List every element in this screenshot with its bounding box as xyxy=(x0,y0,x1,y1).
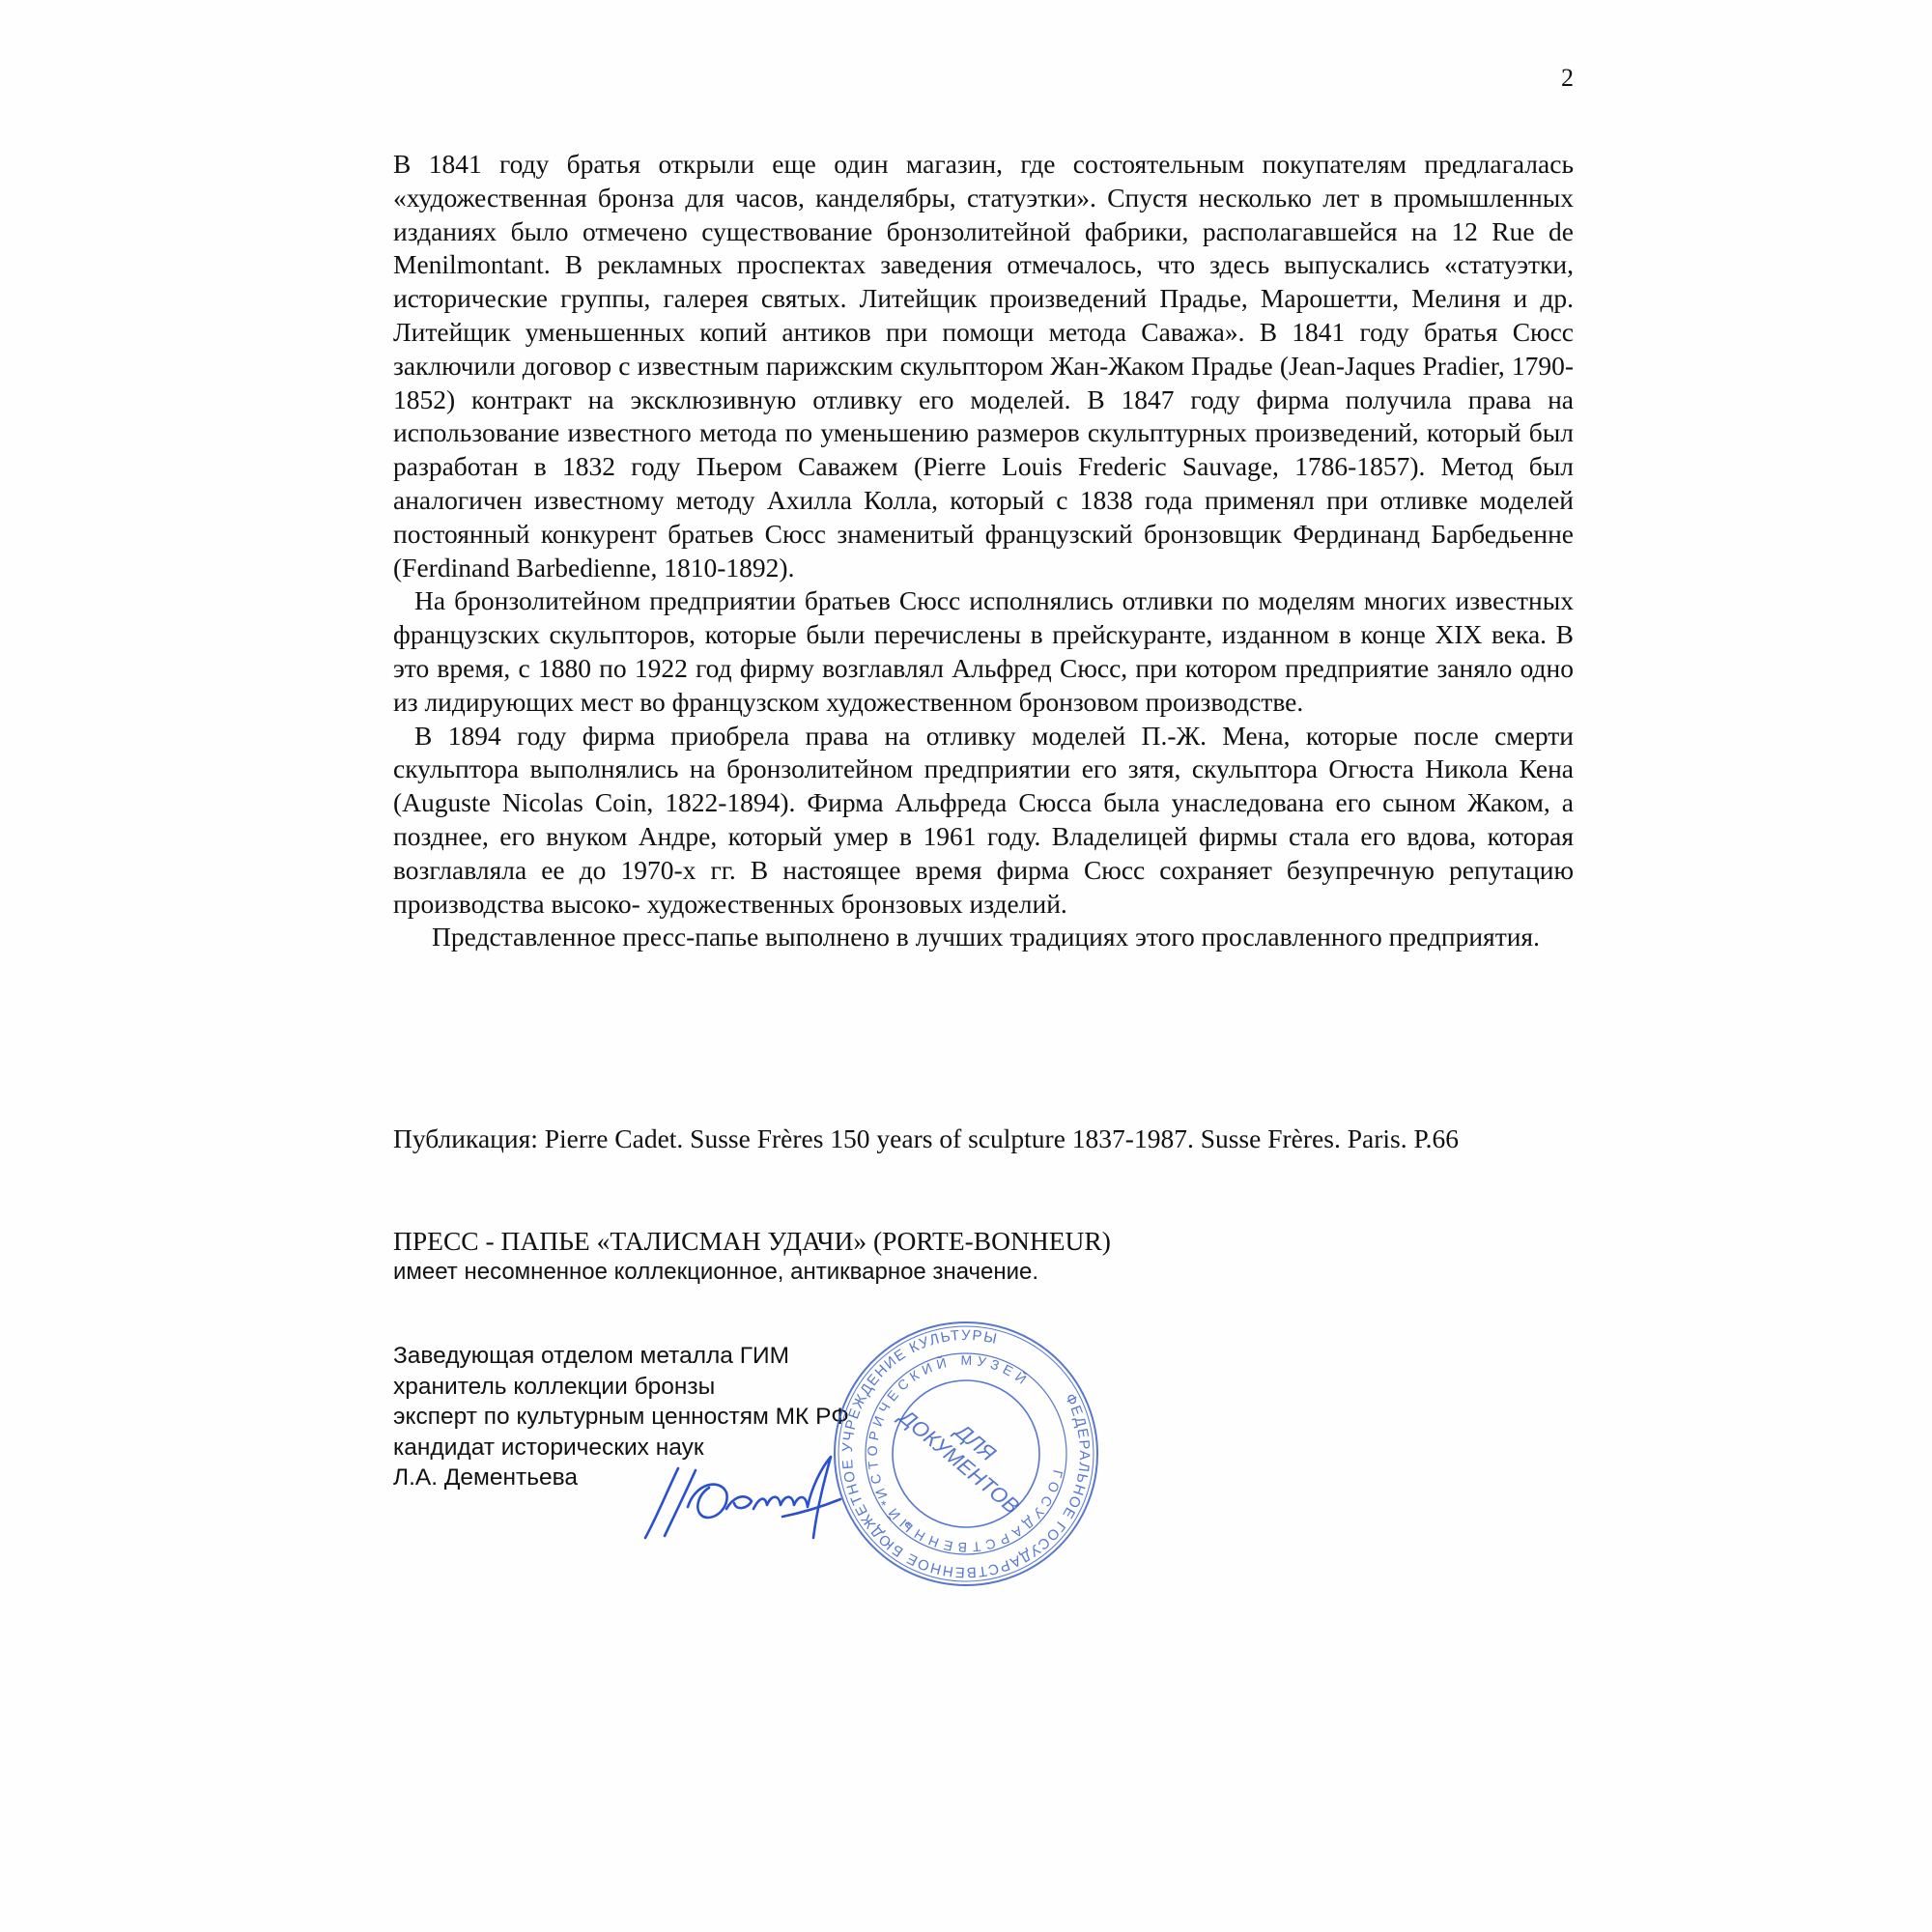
stamp-center-line2: ДОКУМЕНТОВ xyxy=(893,1403,1024,1519)
publication-reference: Публикация: Pierre Cadet. Susse Frères 1… xyxy=(393,1122,1574,1156)
item-note: имеет несомненное коллекционное, антиква… xyxy=(393,1258,1038,1287)
page-number: 2 xyxy=(1561,64,1574,93)
signatory-role: хранитель коллекции бронзы xyxy=(393,1372,849,1403)
paragraph-paperweight: Представленное пресс-папье выполнено в л… xyxy=(393,921,1574,954)
stamp-star-icon: * xyxy=(881,1497,887,1513)
signatory-expert: эксперт по культурным ценностям МК РФ xyxy=(393,1402,849,1433)
stamp-star-icon: * xyxy=(906,1519,912,1534)
handwritten-signature xyxy=(638,1449,860,1546)
body-text: В 1841 году братья открыли еще один мага… xyxy=(393,148,1574,954)
item-title: ПРЕСС - ПАПЬЕ «ТАЛИСМАН УДАЧИ» (PORTE-BO… xyxy=(393,1225,1111,1258)
document-page: 2 В 1841 году братья открыли еще один ма… xyxy=(0,0,1932,1932)
paragraph-history-1841: В 1841 году братья открыли еще один мага… xyxy=(393,148,1574,584)
signatory-position: Заведующая отделом металла ГИМ xyxy=(393,1341,849,1372)
official-stamp: ФЕДЕРАЛЬНОЕ ГОСУДАРСТВЕННОЕ БЮДЖЕТНОЕ УЧ… xyxy=(831,1319,1101,1589)
paragraph-1894-rights: В 1894 году фирма приобрела права на отл… xyxy=(393,720,1574,922)
paragraph-foundry-sculptors: На бронзолитейном предприятии братьев Сю… xyxy=(393,584,1574,719)
